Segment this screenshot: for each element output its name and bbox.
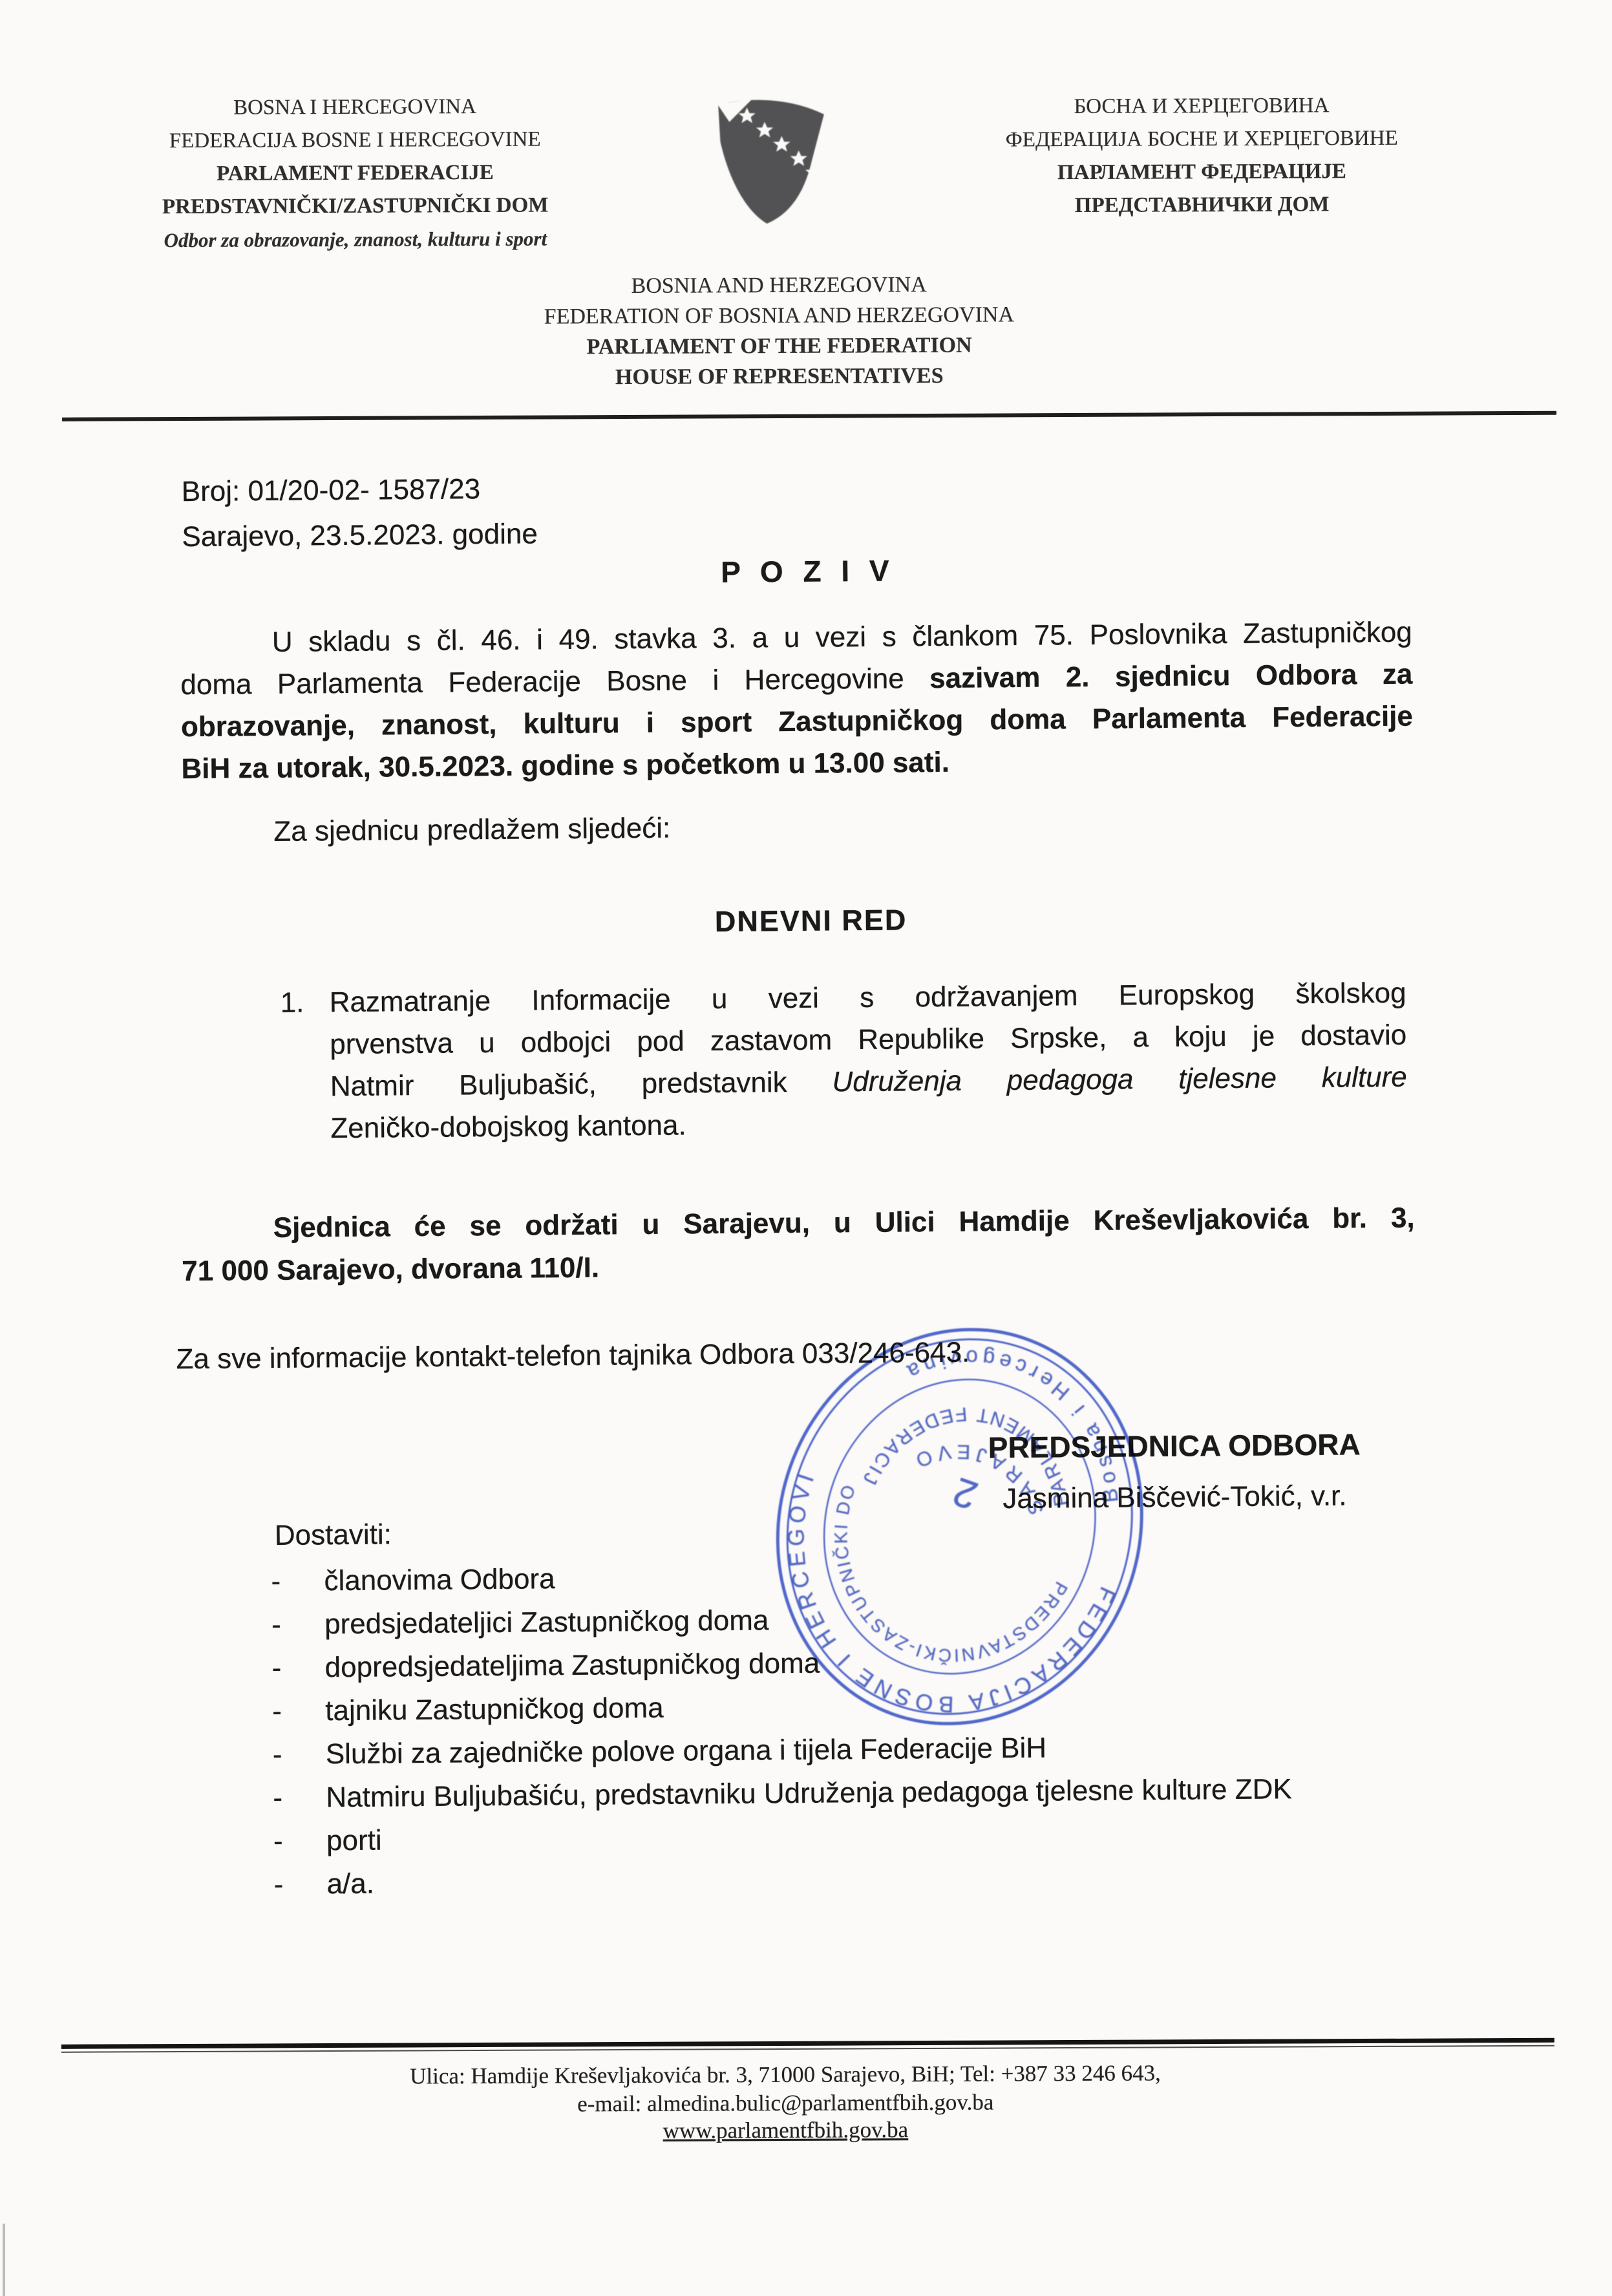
scanned-document-page: BOSNA I HERCEGOVINA FEDERACIJA BOSNE I H… [0,0,1612,2296]
footer-website: www.parlamentfbih.gov.ba [39,2114,1532,2147]
footer: Ulica: Hamdije Kreševljakovića br. 3, 71… [0,0,1612,2296]
footer-divider-line [61,2038,1554,2053]
footer-address: Ulica: Hamdije Kreševljakovića br. 3, 71… [39,2059,1532,2091]
scan-edge-artifact [3,2224,5,2296]
